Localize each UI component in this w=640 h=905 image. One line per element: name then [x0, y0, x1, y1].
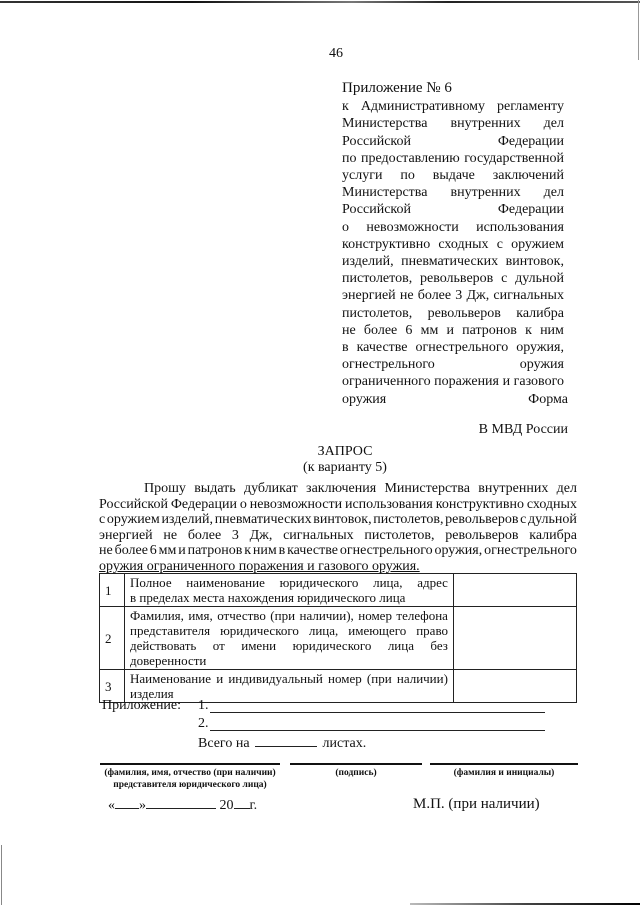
date-open-quote: « [108, 798, 115, 813]
text-line: изделий,пневматическихвинтовок, [342, 253, 564, 270]
word: отчество [217, 608, 266, 623]
text-line: Министерствавнутреннихдел [342, 115, 564, 132]
row-value-field[interactable] [454, 574, 577, 607]
attachment-2-field[interactable] [210, 730, 545, 731]
text-line: РоссийскойФедерациионевозможностииспольз… [99, 497, 577, 513]
word: представителя [130, 623, 210, 638]
word: выдаче [433, 167, 475, 184]
text-line: пистолетов,револьверовкалибра [342, 305, 564, 322]
word: юридического [220, 623, 299, 638]
word: огнестрельного [340, 543, 433, 559]
year-field[interactable] [234, 796, 250, 809]
text-line: соружиемизделий,пневматическихвинтовок,п… [99, 512, 577, 528]
word: наличии), [299, 608, 353, 623]
word: заключений [493, 167, 564, 184]
word: 3 [232, 528, 239, 544]
word: государственной [464, 150, 564, 167]
word: с [497, 236, 503, 253]
word: дел [544, 115, 564, 132]
year-prefix: 20 [220, 798, 234, 813]
word: Министерства [384, 481, 469, 497]
word: не [163, 528, 177, 544]
text-line: оневозможностииспользования [342, 219, 564, 236]
word: револьверов [428, 305, 501, 322]
word: действовать [130, 638, 196, 653]
total-prefix: Всего на [198, 736, 250, 751]
word: конструктивно [436, 497, 524, 513]
name-caption: (фамилия, имя, отчество (при наличии) пр… [96, 767, 284, 791]
word: револьверов [445, 512, 518, 528]
word: сигнальных [493, 287, 564, 304]
word: с [520, 512, 526, 528]
word: Российской [342, 201, 411, 218]
word: Федерации [171, 497, 237, 513]
word: энергией [99, 528, 153, 544]
row-description: Полноенаименованиеюридическоголица,адрес… [125, 574, 454, 607]
word: и [503, 373, 511, 390]
word: оружия [520, 356, 564, 373]
word: мм [159, 543, 177, 559]
word: Российской [342, 133, 411, 150]
word: дел [544, 184, 564, 201]
word: Российской [99, 497, 168, 513]
word: внутренних [451, 115, 521, 132]
word: Федерации [498, 201, 564, 218]
word: Федерации [498, 133, 564, 150]
word: более [188, 528, 221, 544]
word: невозможности [250, 497, 342, 513]
word: дубликат [244, 481, 298, 497]
request-table: 1Полноенаименованиеюридическоголица,адре… [99, 573, 577, 703]
word: юридического [280, 575, 359, 590]
word: с [501, 270, 507, 287]
word: винтовок, [506, 253, 564, 270]
table-row: 2Фамилия,имя,отчество(приналичии),номерт… [100, 607, 577, 670]
text-line: попредоставлениюгосударственной [342, 150, 564, 167]
word: в [342, 339, 349, 356]
word: винтовок, [313, 512, 371, 528]
word: огнестрельного [484, 543, 577, 559]
word: к [244, 543, 251, 559]
date-close-quote: » [139, 798, 146, 813]
text-line: энергиейнеболее3Дж,сигнальных [342, 287, 564, 304]
text-line: ПрошувыдатьдубликатзаключенияМинистерств… [99, 481, 577, 497]
word: патронов [462, 322, 517, 339]
text-line: огнестрельногооружия [342, 356, 564, 373]
word: лица, [309, 623, 338, 638]
text-line: Министерствавнутреннихдел [342, 184, 564, 201]
word: Административному [361, 98, 485, 115]
word: Наименование [130, 671, 211, 686]
word: пневматических [215, 512, 312, 528]
word: по [400, 167, 415, 184]
word: пистолетов, [373, 512, 443, 528]
appendix-text: кАдминистративномурегламентуМинистерства… [342, 98, 564, 390]
text-line: РоссийскойФедерации [342, 201, 564, 218]
word: в [279, 543, 286, 559]
word: номер [328, 671, 362, 686]
initials-signature-line[interactable] [430, 763, 578, 765]
word: не [400, 287, 414, 304]
word: калибра [529, 528, 577, 544]
year-suffix: г. [250, 798, 258, 813]
name-signature-line[interactable] [100, 763, 280, 765]
word: право [416, 623, 448, 638]
word: выдать [194, 481, 236, 497]
word: имя, [188, 608, 212, 623]
word: сходных [527, 497, 577, 513]
word: 3 [455, 287, 462, 304]
word: предоставлению [361, 150, 460, 167]
word: использования [476, 219, 564, 236]
row-value-field[interactable] [454, 670, 577, 703]
word: адрес [417, 575, 448, 590]
text-line: вкачествеогнестрельногооружия, [342, 339, 564, 356]
text-line: доверенности [130, 653, 448, 668]
word: лица [388, 638, 414, 653]
appendix-header: Приложение № 6 кАдминистративномурегламе… [342, 80, 564, 408]
word: телефона [396, 608, 448, 623]
word: и [178, 543, 186, 559]
word: внутренних [478, 481, 548, 497]
word: и [446, 322, 454, 339]
word: по [342, 150, 357, 167]
scan-edge-right [638, 0, 639, 60]
document-title: ЗАПРОС (к варианту 5) [260, 444, 430, 476]
word: более [418, 287, 451, 304]
table-row: 1Полноенаименованиеюридическоголица,адре… [100, 574, 577, 607]
addressee: В МВД России [479, 422, 568, 438]
word: газового [514, 373, 564, 390]
text-line: РоссийскойФедерации [342, 133, 564, 150]
title-sub: (к варианту 5) [260, 460, 430, 476]
word: 6 [405, 322, 412, 339]
attachment-1-field[interactable] [210, 712, 545, 713]
word: пистолетов, [342, 270, 412, 287]
word: изделий, [161, 512, 213, 528]
word: (при [270, 608, 295, 623]
word: Прошу [144, 481, 186, 497]
word: использования [345, 497, 433, 513]
stamp-place: М.П. (при наличии) [413, 796, 540, 813]
word: имеющего [348, 623, 406, 638]
text-line: Полноенаименованиеюридическоголица,адрес [130, 575, 448, 590]
word: оружием [107, 512, 160, 528]
scan-edge-top [0, 1, 640, 3]
word: ограниченного [342, 373, 431, 390]
text-line: услугиповыдачезаключений [342, 167, 564, 184]
word: (при [367, 671, 392, 686]
word: номер [358, 608, 392, 623]
word: дульной [528, 512, 577, 528]
word: оружия, [516, 339, 564, 356]
text-line: ограниченногопораженияигазового [342, 373, 564, 390]
form-label: Форма [528, 392, 568, 408]
word: мм [421, 322, 439, 339]
word: дел [557, 481, 577, 497]
word: услуги [342, 167, 382, 184]
text-line: Наименованиеииндивидуальныйномер(принали… [130, 671, 448, 686]
word: Министерства [342, 115, 427, 132]
name-caption-line-2: представителя юридического лица) [96, 779, 284, 791]
word: сигнальных [283, 528, 354, 544]
word: о [240, 497, 247, 513]
word: Дж, [250, 528, 273, 544]
initials-caption: (фамилия и инициалы) [430, 767, 578, 779]
row-number: 1 [100, 574, 125, 607]
word: заключения [306, 481, 376, 497]
text-line: в пределах места нахождения юридического… [130, 590, 448, 605]
scan-edge-left [1, 845, 2, 905]
word: Фамилия, [130, 608, 184, 623]
text-line: представителяюридическоголица,имеющегопр… [130, 623, 448, 638]
word: патронов [188, 543, 243, 559]
word: пистолетов, [364, 528, 434, 544]
sheet-count-field[interactable] [255, 734, 317, 747]
text-line: пистолетов,револьверовсдульной [342, 270, 564, 287]
word: к [525, 322, 532, 339]
word: лица, [373, 575, 402, 590]
word: невозможности [366, 219, 458, 236]
word: к [342, 98, 349, 115]
request-body-lines: ПрошувыдатьдубликатзаключенияМинистерств… [99, 481, 577, 559]
word: не [342, 322, 356, 339]
word: конструктивно [342, 236, 430, 253]
text-line: энергиейнеболее3Дж,сигнальныхпистолетов,… [99, 528, 577, 544]
word: огнестрельного [342, 356, 435, 373]
attachment-total: Всего на листах. [198, 734, 366, 752]
word: револьверов [445, 528, 518, 544]
word: регламенту [497, 98, 564, 115]
word: оружием [511, 236, 564, 253]
row-value-field[interactable] [454, 607, 577, 670]
attachment-item-1: 1. [198, 698, 209, 714]
word: оружия, [434, 543, 482, 559]
page-number: 46 [329, 46, 343, 62]
word: поражения [434, 373, 499, 390]
word: от [213, 638, 225, 653]
word: пневматических [401, 253, 498, 270]
row-number: 2 [100, 607, 125, 670]
word: юридического [293, 638, 372, 653]
title-main: ЗАПРОС [260, 444, 430, 460]
word: и [216, 671, 223, 686]
word: имени [241, 638, 276, 653]
text-line: действоватьотимениюридическоголицабез [130, 638, 448, 653]
word: внутренних [451, 184, 521, 201]
word: ним [253, 543, 277, 559]
month-field[interactable] [146, 796, 216, 809]
word: огнестрельного [415, 339, 508, 356]
word: пистолетов, [342, 305, 412, 322]
word: о [342, 219, 349, 236]
attachments-label: Приложение: [102, 698, 181, 714]
text-line: неболее6ммипатроновкнимвкачествеогнестре… [99, 543, 577, 559]
signature-caption: (подпись) [290, 767, 422, 779]
request-body: ПрошувыдатьдубликатзаключенияМинистерств… [99, 481, 577, 575]
word: 6 [150, 543, 157, 559]
word: револьверов [420, 270, 493, 287]
word: качестве [287, 543, 338, 559]
row-description: Фамилия,имя,отчество(приналичии),номерте… [125, 607, 454, 670]
text-line: неболее6ммипатроновкним [342, 322, 564, 339]
word: с [99, 512, 105, 528]
day-field[interactable] [115, 796, 139, 809]
text-line: кАдминистративномурегламенту [342, 98, 564, 115]
signature-line[interactable] [290, 763, 422, 765]
word: качестве [357, 339, 408, 356]
word: Дж, [466, 287, 489, 304]
word: сходных [438, 236, 488, 253]
word: калибра [516, 305, 564, 322]
text-line: конструктивносходныхсоружием [342, 236, 564, 253]
word: наименование [186, 575, 265, 590]
word: ним [540, 322, 564, 339]
word: более [364, 322, 397, 339]
attachment-item-2: 2. [198, 716, 209, 732]
word: не [99, 543, 113, 559]
word: наличии) [397, 671, 448, 686]
word: более [115, 543, 148, 559]
text-line: Фамилия,имя,отчество(приналичии),номерте… [130, 608, 448, 623]
word: индивидуальный [228, 671, 322, 686]
word: Полное [130, 575, 172, 590]
word: изделий, [342, 253, 394, 270]
total-suffix: листах. [323, 736, 367, 751]
word: без [430, 638, 448, 653]
word: дульной [515, 270, 564, 287]
word: энергией [342, 287, 396, 304]
name-caption-line-1: (фамилия, имя, отчество (при наличии) [96, 767, 284, 779]
word: Министерства [342, 184, 427, 201]
appendix-title: Приложение № 6 [342, 80, 564, 97]
date-field: «» 20г. [108, 796, 257, 814]
